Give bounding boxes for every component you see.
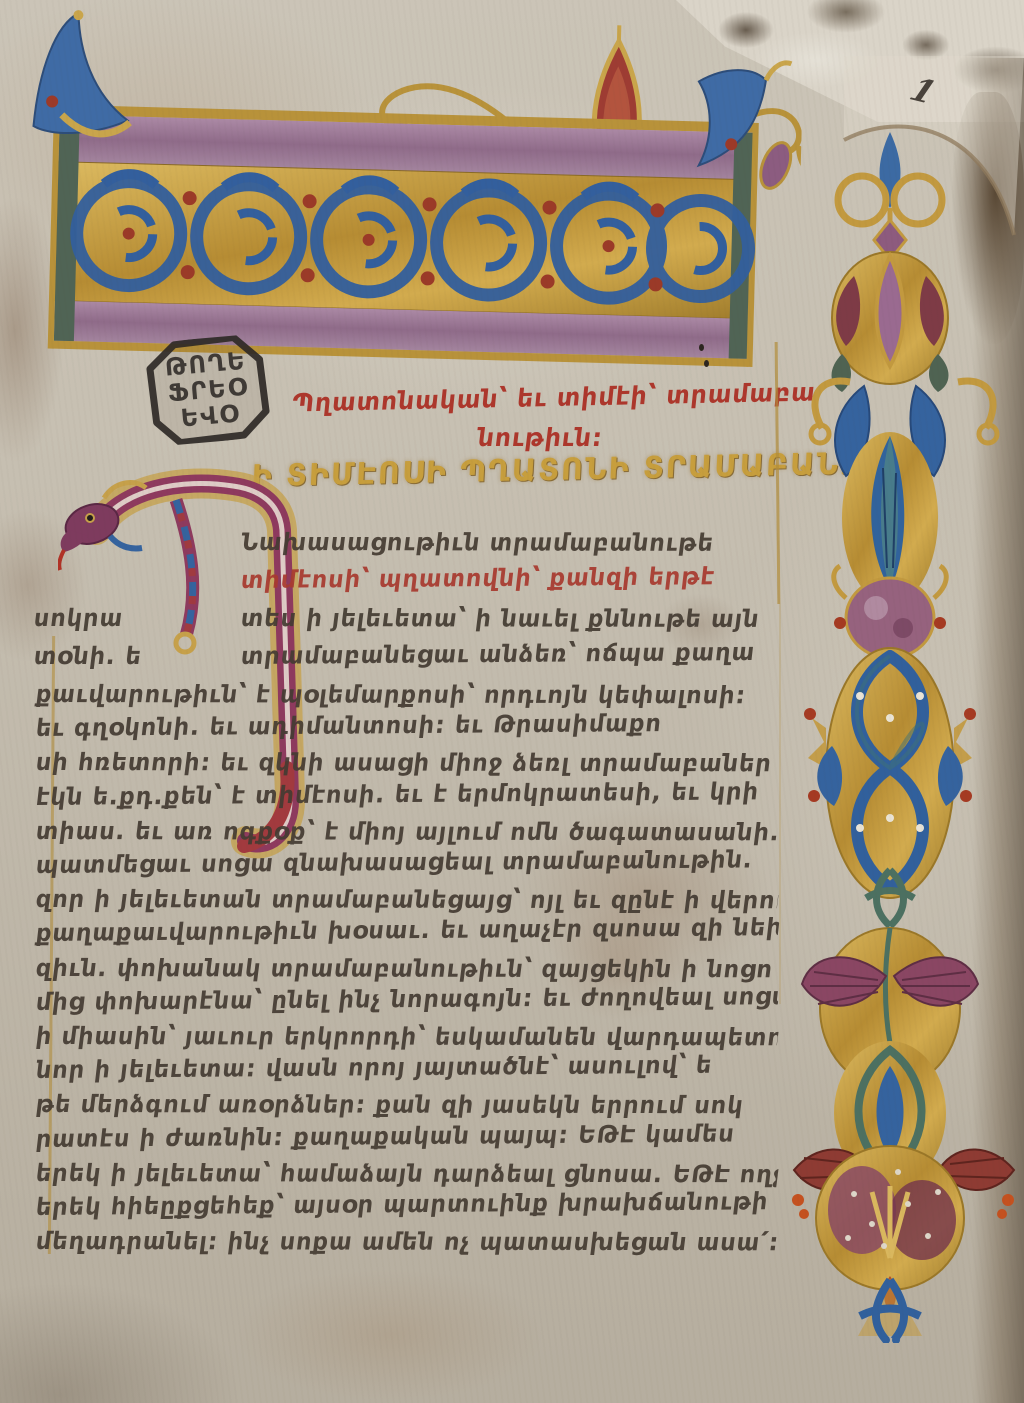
text-line: ի միասին՝ յաւուր երկրորդի՝ եսկամանեն վար…	[34, 1022, 779, 1051]
manuscript-photo: 1	[0, 0, 1024, 1403]
text-line: սի հռետորի: եւ զկնի ասացի միոջ ձեռլ տրամ…	[34, 748, 773, 777]
text-line: երեկ ի յելեւետա՝ համաձայն դարձեալ ցնոսա.…	[34, 1159, 779, 1188]
text-line: նոր ի յելեւետա: վասն որոյ յայտածնէ՝ ասու…	[34, 1051, 714, 1084]
ink-speck	[704, 360, 709, 367]
ornament-palmette	[832, 252, 949, 392]
marginal-ornament	[788, 128, 1020, 1343]
text-line: տես ի յելեւետա՝ ի նաւել քննութե այն	[239, 604, 761, 633]
text-line: զոր ի յելեւետան տրամաբանեցայց՝ ոյլ եւ զը…	[34, 885, 779, 914]
headpiece-band	[48, 105, 759, 367]
right-ruling-line-faint	[779, 604, 781, 1004]
margin-word: տօնի. ե	[32, 642, 143, 670]
text-line: զիւն. փոխանակ տրամաբանութիւն՝ զայցեկին ի…	[34, 954, 775, 983]
ink-speck	[699, 344, 704, 351]
ornament-purple-cluster	[834, 566, 947, 658]
text-line: քաղաքաւվարութիւն խօսաւ. եւ աղաչէր զսոսա …	[34, 914, 780, 948]
stamp-row: ԵՎՕ	[180, 399, 241, 432]
margin-word: սոկրա	[32, 604, 125, 632]
text-line: մից փոխարէնա՝ ընել ինչ նորագոյն: եւ ժողո…	[34, 982, 780, 1016]
text-line: թե մերձգում առօրձներ: քան զի յասեկն երրո…	[34, 1090, 745, 1119]
text-line: երեկ հիեըքցեհեք՝ այսօր պարտուինք խրախճան…	[34, 1187, 770, 1221]
text-line: պատմեցաւ սոցա զնախասացեալ տրամաբանութին.	[34, 845, 754, 879]
headpiece	[25, 6, 804, 376]
left-corner-finial	[33, 9, 132, 135]
text-line: քաւվարութիւն՝ է պօլեմարքոսի՝ որդւոյն կեփ…	[34, 680, 748, 709]
text-line: Նախասացութիւն տրամաբանութե	[239, 528, 715, 557]
rubric-line-1: Պղատոնական՝ եւ տիմէի՝ տրամաբա	[291, 378, 817, 418]
text-line: տիաս. եւ առ ոգքօք՝ է միոյ այլում ոմն ծագ…	[34, 817, 779, 846]
text-line: տիմէոսի՝ պղատովնի՝ քանզի երթէ	[239, 562, 716, 594]
text-line: տրամաբանեցաւ անձեռ՝ ոճպա քաղա	[239, 638, 756, 670]
ornament-blue-interlace	[804, 648, 976, 898]
text-line: րատէս ի ժառնին: քաղաքական պայպ: ԵԹԷ կամե…	[34, 1119, 736, 1152]
text-line: եւ գղօկոնի. եւ ադիմանտոսի: եւ Թրասիմաքո	[34, 709, 663, 742]
text-line: մեղադրանել: ինչ սոքա ամեն ոչ պատասխեցան …	[34, 1227, 779, 1256]
rubric-line-2: նութիւն:	[476, 423, 605, 452]
ornament-top-knot	[838, 132, 942, 260]
text-line: էկն ե.քդ.քեն՝ է տիմէոսի. եւ է երմոկրատես…	[34, 777, 760, 811]
library-stamp: ԹՈՂԵ ՖՐԵՕ ԵՎՕ	[144, 333, 273, 447]
